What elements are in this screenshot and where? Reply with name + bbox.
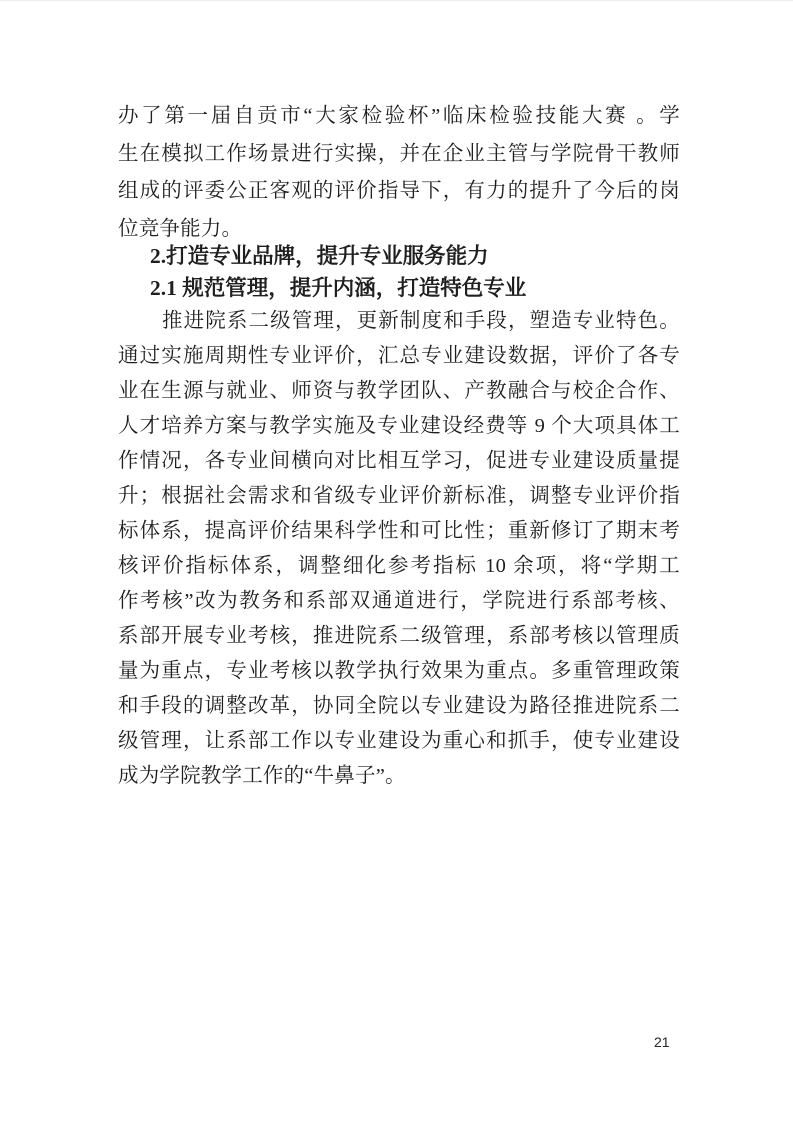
text-line: 量为重点，专业考核以教学执行效果为重点。多重管理政策 bbox=[118, 654, 680, 689]
page-body: 办了第一届自贡市“大家检验杯”临床检验技能大赛 。学 生在模拟工作场景进行实操，… bbox=[118, 98, 680, 794]
text-line: 业在生源与就业、师资与教学团队、产教融合与校企合作、 bbox=[118, 374, 680, 409]
document-page: 办了第一届自贡市“大家检验杯”临床检验技能大赛 。学 生在模拟工作场景进行实操，… bbox=[0, 0, 793, 1122]
text-line: 级管理，让系部工作以专业建设为重心和抓手，使专业建设 bbox=[118, 724, 680, 759]
page-number: 21 bbox=[654, 1034, 670, 1050]
text-line: 作考核”改为教务和系部双通道进行，学院进行系部考核、 bbox=[118, 584, 680, 619]
text-line: 标体系，提高评价结果科学性和可比性；重新修订了期末考 bbox=[118, 514, 680, 549]
text-line: 核评价指标体系，调整细化参考指标 10 余项，将“学期工 bbox=[118, 549, 680, 584]
text-line: 和手段的调整改革，协同全院以专业建设为路径推进院系二 bbox=[118, 689, 680, 724]
text-line: 成为学院教学工作的“牛鼻子”。 bbox=[118, 759, 680, 794]
text-line: 作情况，各专业间横向对比相互学习，促进专业建设质量提 bbox=[118, 444, 680, 479]
text-line: 推进院系二级管理，更新制度和手段，塑造专业特色。 bbox=[118, 304, 680, 339]
paragraph-continuation: 办了第一届自贡市“大家检验杯”临床检验技能大赛 。学 生在模拟工作场景进行实操，… bbox=[118, 98, 680, 248]
section-heading-2: 2.打造专业品牌，提升专业服务能力 bbox=[118, 240, 680, 272]
text-line: 组成的评委公正客观的评价指导下，有力的提升了今后的岗 bbox=[118, 173, 680, 211]
text-line: 通过实施周期性专业评价，汇总专业建设数据，评价了各专 bbox=[118, 339, 680, 374]
text-line: 办了第一届自贡市“大家检验杯”临床检验技能大赛 。学 bbox=[118, 98, 680, 136]
text-line: 系部开展专业考核，推进院系二级管理，系部考核以管理质 bbox=[118, 619, 680, 654]
text-line: 升；根据社会需求和省级专业评价新标准，调整专业评价指 bbox=[118, 479, 680, 514]
subsection-heading-2-1: 2.1 规范管理，提升内涵，打造特色专业 bbox=[118, 272, 680, 304]
text-line: 人才培养方案与教学实施及专业建设经费等 9 个大项具体工 bbox=[118, 409, 680, 444]
paragraph-body: 推进院系二级管理，更新制度和手段，塑造专业特色。 通过实施周期性专业评价，汇总专… bbox=[118, 304, 680, 794]
text-line: 生在模拟工作场景进行实操，并在企业主管与学院骨干教师 bbox=[118, 136, 680, 174]
